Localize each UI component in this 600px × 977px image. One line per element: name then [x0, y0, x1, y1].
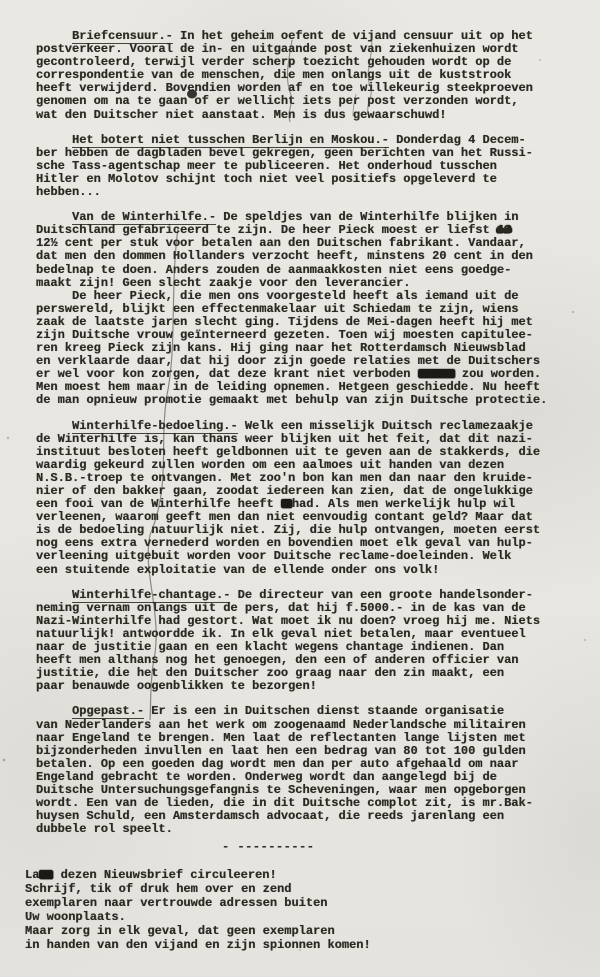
ink-blot: [418, 369, 455, 378]
paragraphs-container: Briefcensuur.- In het geheim oefent de v…: [36, 30, 600, 836]
text-run: gecontroleerd, terwijl verder scherp toe…: [36, 55, 511, 69]
ink-blot: [39, 870, 53, 879]
text-run: paar benauwde oogenblikken te bezorgen!: [36, 679, 317, 693]
text-run: verleening uitgebuit worden voor Duitsch…: [36, 549, 511, 563]
text-run: La: [25, 868, 39, 882]
text-run: maakt zijn! Geen slecht zaakje voor den …: [36, 276, 410, 290]
text-run: De directeur van een groote handelsonder…: [230, 588, 532, 602]
text-run: instituut besloten heeft geldbonnen uit …: [36, 445, 540, 459]
text-run: nog eens extra vernederd worden en boven…: [36, 536, 533, 550]
text-run: betalen. Op een goeden dag wordt men dan…: [36, 757, 518, 771]
separator-dashes: - ----------: [222, 841, 600, 854]
text-run: ber hebben de dagbladen bevel gekregen, …: [36, 146, 533, 160]
text-line: wat den Duitscher niet aanstaat. Men is …: [36, 109, 600, 122]
text-line: paar benauwde oogenblikken te bezorgen!: [36, 680, 600, 693]
text-run: heeft men althans nog het genoegen, den …: [36, 653, 518, 667]
text-run: [36, 133, 72, 147]
text-run: de man opnieuw promotie gemaakt met behu…: [36, 393, 547, 407]
text-run: perswereld, blijkt een effectenmakelaar …: [36, 302, 518, 316]
text-run: Uw woonplaats.: [25, 910, 126, 924]
text-run: is de bedoeling natuurlijk niet. Zij, di…: [36, 523, 540, 537]
text-run: dezen Nieuwsbrief circuleeren!: [53, 868, 276, 882]
text-run: genomen om na te gaan of er wellicht iet…: [36, 94, 518, 108]
text-run: Engeland gebracht te worden. Onderweg wo…: [36, 770, 497, 784]
paragraph-opgepast: Opgepast.- Er is een in Duitschen dienst…: [36, 705, 600, 836]
text-run: wat den Duitscher niet aanstaat. Men is …: [36, 108, 446, 122]
text-run: had. Als men werkelijk hulp wil: [292, 497, 515, 511]
text-run: zijn Duitsche vrouw geïnterneerd gezeten…: [36, 328, 533, 342]
document-page: Briefcensuur.- In het geheim oefent de v…: [0, 0, 600, 977]
text-run: zou worden.: [455, 367, 541, 381]
text-run: postverkeer. Vooral de in- en uitgaande …: [36, 42, 518, 56]
text-line: Hitler en Molotov schijnt toch niet veel…: [36, 173, 600, 186]
text-run: correspondentie van de menschen, die men…: [36, 68, 511, 82]
text-run: een stuitende exploitatie van de ellende…: [36, 563, 439, 577]
paragraph-van-de-winterhilfe: Van de Winterhilfe.- De speldjes van de …: [36, 211, 600, 407]
text-run: Nazi-Winterhilfe had gestort. Wat moet i…: [36, 614, 540, 628]
text-run: [36, 29, 72, 43]
text-run: justitie, die het den Duitscher zoo graa…: [36, 666, 504, 680]
text-run: bijzonderheden invullen en laat hen een …: [36, 744, 526, 758]
ink-blot: [281, 499, 292, 508]
text-run: Er is een in Duitschen dienst staande or…: [144, 704, 504, 718]
text-run: Men moest hem maar in de leiding opnemen…: [36, 380, 540, 394]
newsletter-content: Briefcensuur.- In het geheim oefent de v…: [0, 0, 600, 952]
text-line: een stuitende exploitatie van de ellende…: [36, 564, 600, 577]
text-run: natuurlijk! antwoordde ik. In elk geval …: [36, 627, 526, 641]
paragraph-winterhilfe-bedoeling: Winterhilfe-bedoeling.- Welk een misseli…: [36, 420, 600, 577]
text-run: waardig gekeurd zullen worden om een aal…: [36, 458, 504, 472]
text-run: een fooi van de Winterhilfe heeft: [36, 497, 281, 511]
text-run: dat men den dommen Hollanders verzocht h…: [36, 249, 533, 263]
text-line: Schrijf, tik of druk hem over en zend: [25, 882, 600, 896]
text-run: 12½ cent per stuk voor betalen aan den D…: [36, 236, 526, 250]
text-run: In het geheim oefent de vijand censuur u…: [173, 29, 533, 43]
struck-out-text: 12: [497, 223, 511, 237]
text-run: naar de justitie gaan en een klacht wege…: [36, 640, 504, 654]
text-line: in handen van den vijand en zijn spionne…: [25, 938, 600, 952]
text-run: exemplaren naar vertrouwde adressen buit…: [25, 896, 327, 910]
text-run: Duitsche Untersuchungsgefangnis te Schev…: [36, 783, 526, 797]
text-run: Hitler en Molotov schijnt toch niet veel…: [36, 172, 497, 186]
text-line: Maar zorg in elk geval, dat geen exempla…: [25, 924, 600, 938]
text-run: Donderdag 4 Decem-: [389, 133, 526, 147]
text-run: bedelnap te doen. Anders zouden de aanma…: [36, 263, 511, 277]
text-run: Schrijf, tik of druk hem over en zend: [25, 882, 291, 896]
text-run: De heer Pieck, die men ons voorgesteld h…: [36, 289, 518, 303]
text-line: hebben...: [36, 186, 600, 199]
text-run: [36, 588, 72, 602]
footer-appeal: La dezen Nieuwsbrief circuleeren!Schrijf…: [25, 868, 600, 952]
text-run: Maar zorg in elk geval, dat geen exempla…: [25, 924, 335, 938]
text-run: in handen van den vijand en zijn spionne…: [25, 938, 371, 952]
paragraph-berlijn-moskou: Het botert niet tusschen Berlijn en Mosk…: [36, 134, 600, 199]
text-line: Uw woonplaats.: [25, 910, 600, 924]
text-run: zaak de laatste jaren slecht ging. Tijde…: [36, 315, 533, 329]
text-run: heeft verwijderd. Bovendien worden af en…: [36, 81, 533, 95]
text-line: exemplaren naar vertrouwde adressen buit…: [25, 896, 600, 910]
text-run: Duitschland gefabriceerd te zijn. De hee…: [36, 223, 497, 237]
text-run: huysen Schuld, een Amsterdamsch advocaat…: [36, 809, 504, 823]
text-run: hebben...: [36, 185, 101, 199]
text-run: neming vernam onlangs uit de pers, dat h…: [36, 601, 526, 615]
text-run: van Nederlanders aan het werk om zoogena…: [36, 718, 526, 732]
text-run: N.S.B.-troep te ontvangen. Met zoo'n bon…: [36, 471, 533, 485]
text-run: nier of den bakker gaan, zoodat iedereen…: [36, 484, 533, 498]
text-run: wordt. Een van de lieden, die in dit Dui…: [36, 796, 533, 810]
text-line: de man opnieuw promotie gemaakt met behu…: [36, 394, 600, 407]
paragraph-briefcensuur: Briefcensuur.- In het geheim oefent de v…: [36, 30, 600, 122]
text-line: La dezen Nieuwsbrief circuleeren!: [25, 868, 600, 882]
paragraph-winterhilfe-chantage: Winterhilfe-chantage.- De directeur van …: [36, 589, 600, 694]
text-line: dubbele rol speelt.: [36, 823, 600, 836]
text-run: er wel voor kon zorgen, dat deze krant n…: [36, 367, 418, 381]
text-run: sche Tass-agentschap meer te publiceeren…: [36, 159, 497, 173]
text-run: verleenen, waarom geeft men dan niet een…: [36, 510, 533, 524]
text-run: [36, 704, 72, 718]
text-run: de Winterhilfe is, kan thans weer blijke…: [36, 432, 533, 446]
text-run: naar Engeland te brengen. Men laat de re…: [36, 731, 526, 745]
text-run: ren kreeg Pieck zijn kans. Hij ging naar…: [36, 341, 526, 355]
text-run: dubbele rol speelt.: [36, 822, 173, 836]
text-run: [36, 419, 72, 433]
text-run: Welk een misselijk Duitsch reclamezaakje: [238, 419, 533, 433]
